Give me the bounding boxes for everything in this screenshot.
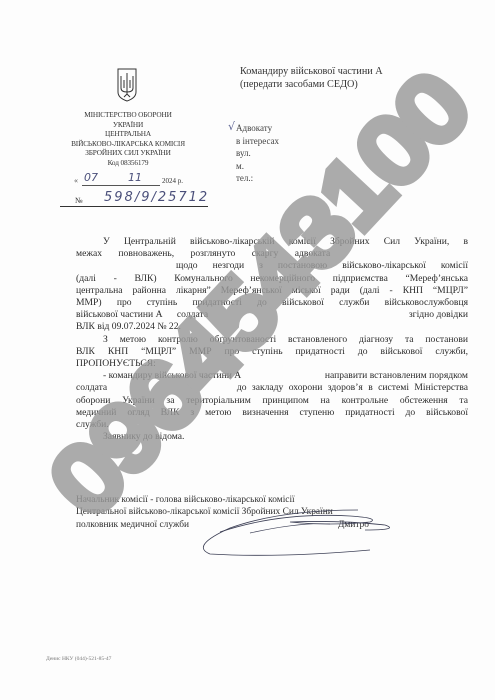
body-text: межах повноважень, розглянуто скаргу адв…: [76, 248, 330, 259]
addressee-block: Командиру військової частини А (передати…: [240, 65, 383, 91]
body-line: ПРОПОНУЄТЬСЯ:: [76, 358, 468, 370]
signer-rank: полковник медичної служби: [76, 520, 189, 530]
body-line: - командиру військової частини А направи…: [76, 370, 468, 382]
body-text: згідно довідки: [409, 309, 468, 321]
trident-coat-of-arms-icon: [116, 68, 138, 102]
date-day-underline: [82, 185, 124, 186]
document-number: 598/9/25712: [104, 190, 209, 205]
org-code: Код 08356179: [58, 158, 198, 168]
number-label: №: [75, 196, 83, 205]
org-line: ЗБРОЙНИХ СИЛ УКРАЇНИ: [58, 148, 198, 158]
check-mark-icon: √: [228, 120, 235, 133]
date-open-quote: «: [74, 176, 78, 185]
body-line: військової частини А солдата згідно дові…: [76, 309, 468, 321]
lawyer-block: Адвокату в інтересах вул. м. тел.:: [236, 122, 279, 185]
body-text: направити встановленим порядком: [325, 370, 468, 382]
addressee-line: Командиру військової частини А: [240, 65, 383, 78]
lawyer-line: в інтересах: [236, 135, 279, 148]
lawyer-line: тел.:: [236, 172, 279, 185]
lawyer-line: Адвокату: [236, 122, 279, 135]
body-line: З метою контролю обґрунтованості встанов…: [76, 334, 468, 346]
organization-block: МІНІСТЕРСТВО ОБОРОНИ УКРАЇНИ ЦЕНТРАЛЬНА …: [58, 110, 198, 168]
date-year: 2024 р.: [162, 177, 183, 185]
body-line: центральна районна лікарня” Мереф’янсько…: [76, 285, 468, 297]
body-line: щодо незгоди з постановою військово-ліка…: [76, 260, 468, 272]
body-line: межах повноважень, розглянуто скаргу адв…: [76, 248, 468, 260]
lawyer-line: вул.: [236, 147, 279, 160]
addressee-line: (передати засобами СЕДО): [240, 78, 383, 91]
handwritten-signature: [190, 500, 430, 560]
date-month-underline: [124, 185, 160, 186]
letter-body: У Центральній військово-лікарській коміс…: [76, 236, 468, 443]
body-line: ВЛК від 09.07.2024 № 22.: [76, 321, 468, 333]
document-page: МІНІСТЕРСТВО ОБОРОНИ УКРАЇНИ ЦЕНТРАЛЬНА …: [0, 0, 495, 700]
org-line: УКРАЇНИ: [58, 120, 198, 130]
body-text: військової частини А солдата: [76, 309, 208, 321]
body-line: (далі - ВЛК) Комунального некомерційного…: [76, 273, 468, 285]
number-underline: [60, 206, 208, 207]
body-line: служби.: [76, 419, 468, 431]
org-line: ЦЕНТРАЛЬНА: [58, 129, 198, 139]
body-line: медичний огляд ВЛК з метою визначення ст…: [76, 407, 468, 419]
body-line: ВЛК КНП “МЦРЛ” ММР про ступінь придатнос…: [76, 346, 468, 358]
lawyer-line: м.: [236, 160, 279, 173]
executor-note: Денис НКУ (044)-521-85-47: [46, 656, 111, 662]
body-text: - командиру військової частини А: [103, 370, 241, 382]
org-line: МІНІСТЕРСТВО ОБОРОНИ: [58, 110, 198, 120]
body-line: оборони України за територіальним принци…: [76, 395, 468, 407]
body-line: У Центральній військово-лікарській коміс…: [76, 236, 468, 248]
body-text: солдата: [76, 382, 107, 394]
date-month: 11: [128, 171, 142, 184]
date-day: 07: [84, 171, 98, 184]
body-line: Заявнику до відома.: [76, 431, 468, 443]
org-line: ВІЙСЬКОВО-ЛІКАРСЬКА КОМІСІЯ: [58, 139, 198, 149]
body-line: ММР) про ступінь придатності до військов…: [76, 297, 468, 309]
body-line: солдата до закладу охорони здоров’я в си…: [76, 382, 468, 394]
body-text: до закладу охорони здоров’я в системі Мі…: [237, 382, 468, 394]
